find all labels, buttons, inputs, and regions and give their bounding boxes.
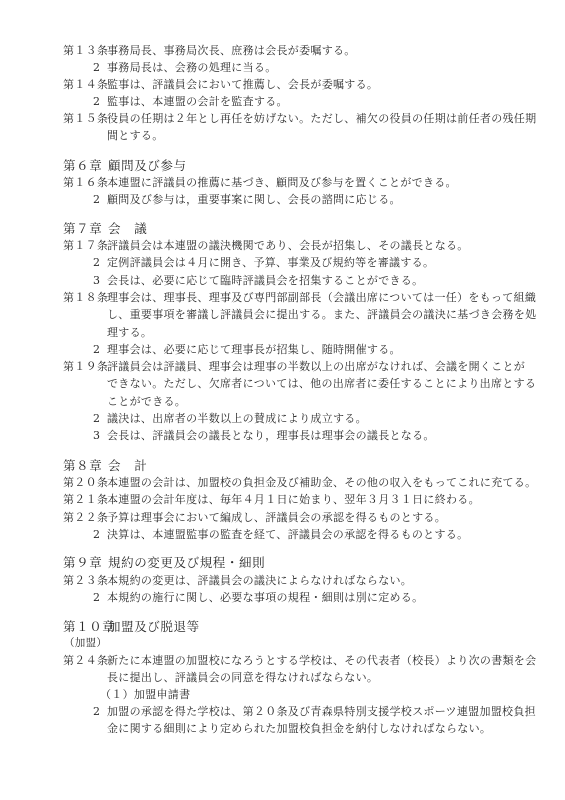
body-text: 本規約の施行に関し、必要な事項の規程・細則は別に定める。 bbox=[107, 589, 423, 606]
paragraph-number: 2 bbox=[93, 526, 100, 543]
body-text: 新たに本連盟の加盟校になろうとする学校は、その代表者（校長）より次の書類を会 bbox=[107, 652, 536, 669]
body-text: 監事は、本連盟の会計を監査する。 bbox=[107, 93, 288, 110]
body-text: 本連盟に評議員の推薦に基づき、顧問及び参与を置くことができる。 bbox=[107, 174, 457, 191]
body-text: できない。ただし、欠席者については、他の出席者に委任することにより出席とする bbox=[107, 375, 536, 392]
article-number: 第２４条 bbox=[63, 652, 107, 669]
chapter-heading: 第９章規約の変更及び規程・細則 bbox=[63, 554, 102, 571]
article-number: 第２３条 bbox=[63, 572, 107, 589]
body-text: 加盟の承認を得た学校は、第２０条及び青森県特別支援学校スポーツ連盟加盟校負担 bbox=[107, 703, 536, 720]
paragraph-number: 2 bbox=[93, 410, 100, 427]
article-number: 第２２条 bbox=[63, 509, 107, 526]
paragraph-number: 2 bbox=[93, 341, 100, 358]
body-text: 本規約の変更は、評議員会の議決によらなければならない。 bbox=[107, 572, 412, 589]
article-number: 第２１条 bbox=[63, 491, 107, 508]
body-text: 会長は、評議員会の議長となり，理事長は理事会の議長となる。 bbox=[107, 427, 435, 444]
body-text: 予算は理事会において編成し、評議員会の承認を得るものとする。 bbox=[107, 509, 446, 526]
body-text: 評議員会は本連盟の議決機関であり、会長が招集し、その議長となる。 bbox=[107, 237, 469, 254]
body-text: 金に関する細則により定められた加盟校負担金を納付しなければならない。 bbox=[107, 720, 491, 737]
paragraph-number: 2 bbox=[93, 191, 100, 208]
article-number: 第１８条 bbox=[63, 289, 107, 306]
body-text: 議決は、出席者の半数以上の賛成により成立する。 bbox=[107, 410, 367, 427]
body-text: 事務局長、事務局次長、庶務は会長が委嘱する。 bbox=[107, 42, 356, 59]
chapter-heading: 第８章会 計 bbox=[63, 457, 102, 474]
document-page: 第１３条事務局長、事務局次長、庶務は会長が委嘱する。2事務局長は、会務の処理に当… bbox=[0, 0, 565, 800]
body-text: 会長は、必要に応じて臨時評議員会を招集することができる。 bbox=[107, 272, 423, 289]
paragraph-number: 2 bbox=[93, 703, 100, 720]
chapter-title: 加盟及び脱退等 bbox=[108, 618, 200, 635]
paragraph-number: 2 bbox=[93, 93, 100, 110]
chapter-heading: 第７章会 議 bbox=[63, 220, 102, 237]
article-number: 第１７条 bbox=[63, 237, 107, 254]
chapter-title: 規約の変更及び規程・細則 bbox=[108, 554, 265, 571]
body-text: 本連盟の会計年度は、毎年４月１日に始まり、翌年３月３１日に終わる。 bbox=[107, 491, 480, 508]
chapter-title: 顧問及び参与 bbox=[108, 157, 187, 174]
chapter-number: 第８章 bbox=[63, 458, 102, 473]
article-number: 第１５条 bbox=[63, 110, 107, 127]
body-text: 決算は、本連盟監事の監査を経て、評議員会の承認を得るものとする。 bbox=[107, 526, 468, 543]
chapter-number: 第６章 bbox=[63, 158, 102, 173]
body-text: 間とする。 bbox=[107, 127, 164, 144]
body-text: 理事会は、理事長、理事及び専門部副部長（会議出席については一任）をもって組織 bbox=[107, 289, 536, 306]
body-text: ことができる。 bbox=[107, 393, 186, 410]
body-text: 本連盟の会計は、加盟校の負担金及び補助金、その他の収入をもってこれに充てる。 bbox=[107, 474, 536, 491]
paragraph-number: 2 bbox=[93, 59, 100, 76]
body-text: 長に提出し、評議員会の同意を得なければならない。 bbox=[107, 669, 378, 686]
article-number: 第１６条 bbox=[63, 174, 107, 191]
body-text: 定例評議員会は４月に開き、予算、事業及び規約等を審議する。 bbox=[107, 254, 434, 271]
paragraph-number: 3 bbox=[93, 427, 100, 444]
list-item: （１）加盟申請書 bbox=[100, 686, 190, 703]
paragraph-number: 3 bbox=[93, 272, 100, 289]
chapter-heading: 第６章顧問及び参与 bbox=[63, 157, 102, 174]
chapter-title: 会 計 bbox=[108, 457, 147, 474]
body-text: し、重要事項を審議し評議員会に提出する。また、評議員会の議決に基づき会務を処 bbox=[107, 306, 536, 323]
chapter-number: 第９章 bbox=[63, 555, 102, 570]
body-text: 顧問及び参与は，重要事案に関し、会長の諮問に応じる。 bbox=[107, 191, 401, 208]
chapter-title: 会 議 bbox=[108, 220, 147, 237]
body-text: 理事会は、必要に応じて理事長が招集し、随時開催する。 bbox=[107, 341, 401, 358]
article-number: 第２０条 bbox=[63, 474, 107, 491]
paragraph-number: 2 bbox=[93, 589, 100, 606]
paragraph-number: 2 bbox=[93, 254, 100, 271]
article-number: 第１３条 bbox=[63, 42, 107, 59]
body-text: 監事は、評議員会において推薦し、会長が委嘱する。 bbox=[107, 76, 378, 93]
chapter-number: 第７章 bbox=[63, 221, 102, 236]
body-text: 役員の任期は２年とし再任を妨げない。ただし、補欠の役員の任期は前任者の残任期 bbox=[107, 110, 536, 127]
body-text: 事務局長は、会務の処理に当る。 bbox=[107, 59, 277, 76]
body-text: 理する。 bbox=[107, 324, 152, 341]
chapter-heading: 第１０章加盟及び脱退等 bbox=[63, 618, 115, 635]
section-label: （加盟） bbox=[64, 635, 107, 652]
article-number: 第１４条 bbox=[63, 76, 107, 93]
body-text: 評議員会は評議員、理事会は理事の半数以上の出席がなければ、会議を開くことが bbox=[107, 358, 525, 375]
article-number: 第１９条 bbox=[63, 358, 107, 375]
